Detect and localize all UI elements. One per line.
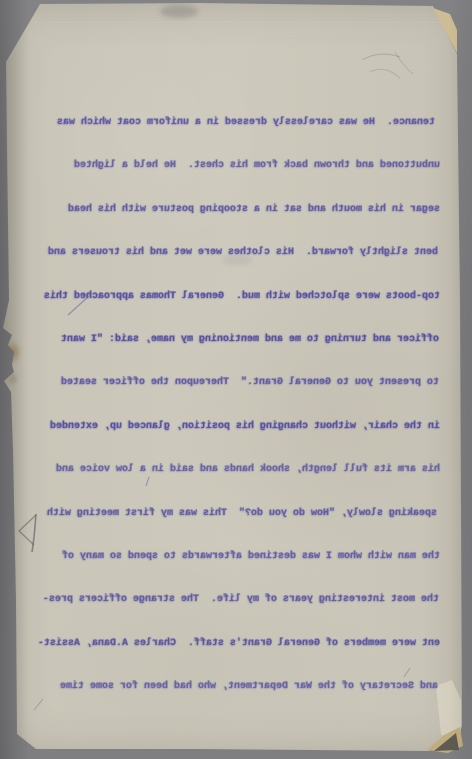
typed-line: tenance. He was carelessly dressed in a …: [0, 101, 435, 144]
typed-line: to present you to General Grant." Thereu…: [0, 361, 439, 404]
mirrored-typescript: tenance. He was carelessly dressed in a …: [0, 101, 472, 708]
typed-line: bent slightly forward. His clothes were …: [0, 231, 438, 274]
scanned-page: tenance. He was carelessly dressed in a …: [0, 0, 472, 759]
typed-line: top-boots were splotched with mud. Gener…: [0, 275, 440, 318]
typed-line: segar in his mouth and sat in a stooping…: [0, 188, 440, 231]
typed-line: unbuttoned and thrown back from his ches…: [0, 144, 440, 187]
typed-line: in the chair, without changing his posit…: [0, 405, 440, 448]
typed-line: speaking slowly, "How do you do?" This w…: [0, 492, 437, 535]
typed-line: and Secretary of the War Department, who…: [0, 665, 438, 708]
typed-line: officer and turning to me and mentioning…: [0, 318, 439, 361]
crease-line: [42, 22, 458, 24]
typed-line: ent were members of General Grant's staf…: [0, 622, 440, 665]
typed-line: the man with whom I was destined afterwa…: [0, 535, 440, 578]
typed-line: the most interesting years of my life. T…: [0, 578, 439, 621]
smudge: [160, 5, 198, 18]
typed-line: his arm its full length, shook hands and…: [0, 448, 440, 491]
crease-line: [42, 68, 458, 70]
